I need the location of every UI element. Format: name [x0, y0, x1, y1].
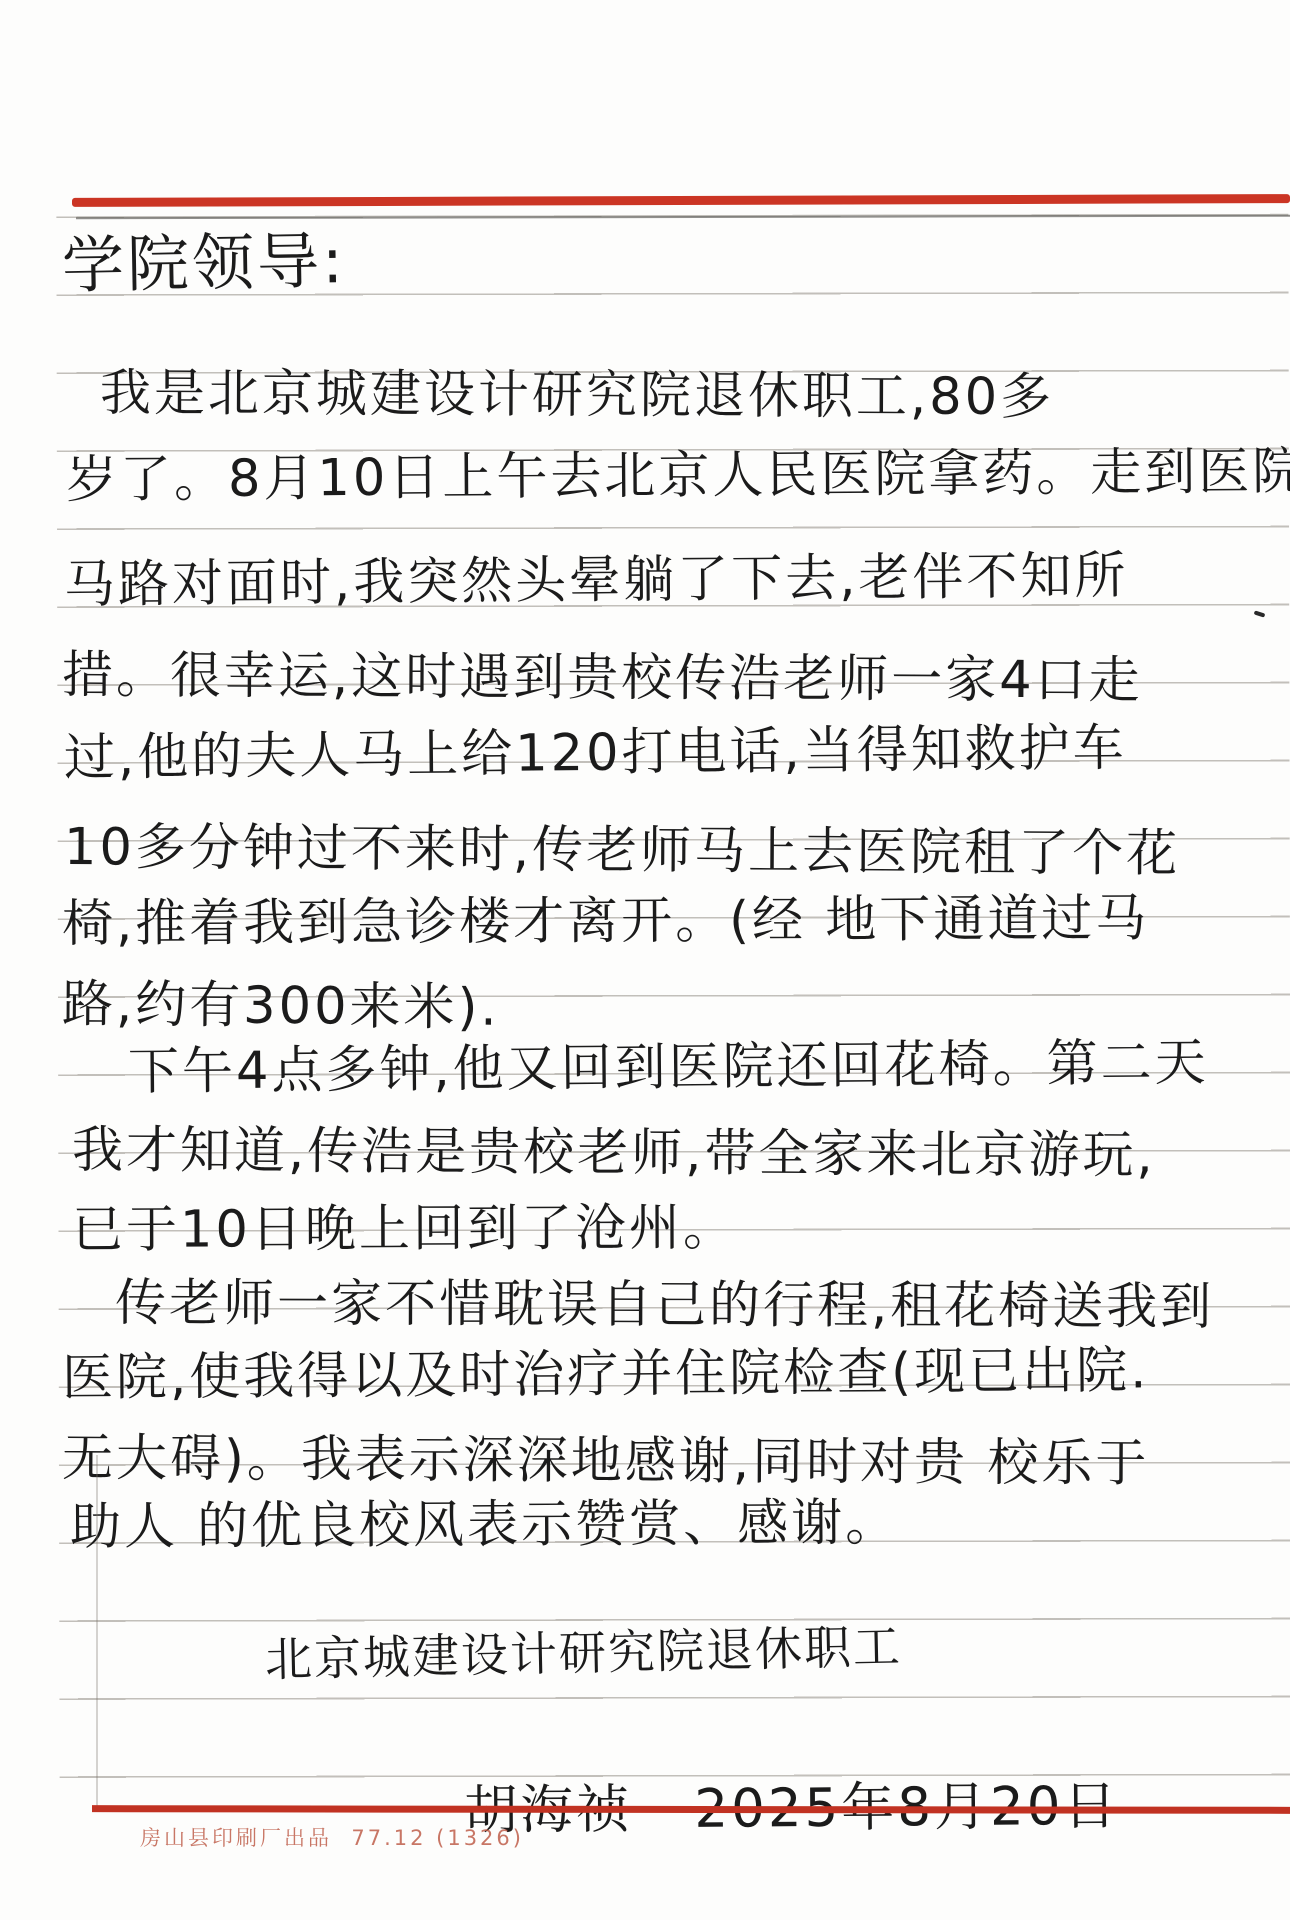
- top-black-rule: [76, 215, 1290, 220]
- letter-line: 椅,推着我到急诊楼才离开。(经 地下通道过马: [62, 893, 1150, 950]
- top-red-rule: [72, 194, 1290, 207]
- letter-line: 无大碍)。我表示深深地感谢,同时对贵 校乐于: [62, 1433, 1150, 1490]
- letter-line: 过,他的夫人马上给120打电话,当得知救护车: [64, 723, 1127, 784]
- bottom-red-rule: [92, 1805, 1290, 1814]
- printer-imprint: 房山县印刷厂出品 77.12 (1326): [140, 1822, 524, 1852]
- signature-org: 北京城建设计研究院退休职工: [265, 1624, 903, 1684]
- letter-line: 我是北京城建设计研究院退休职工,80多: [100, 368, 1054, 423]
- letter-paper: 学院领导: 我是北京城建设计研究院退休职工,80多 岁了。8月10日上午去北京人…: [0, 0, 1290, 1920]
- salutation: 学院领导:: [61, 230, 346, 297]
- letter-line: 措。很幸运,这时遇到贵校传浩老师一家4口走: [62, 650, 1143, 707]
- letter-line: 传老师一家不惜耽误自己的行程,租花椅送我到: [115, 1278, 1214, 1333]
- letter-line: 医院,使我得以及时治疗并住院检查(现已出院.: [62, 1345, 1150, 1404]
- letter-line: 马路对面时,我突然头晕躺了下去,老伴不知所: [64, 551, 1129, 611]
- margin-line: [96, 1455, 98, 1807]
- letter-line: 助人 的优良校风表示赞赏、感谢。: [70, 1498, 899, 1553]
- letter-line: 岁了。8月10日上午去北京人民医院拿药。走到医院: [66, 446, 1290, 506]
- stray-ink-mark: [1254, 610, 1266, 617]
- letter-line: 10多分钟过不来时,传老师马上去医院租了个花: [64, 822, 1180, 880]
- letter-line: 下午4点多钟,他又回到医院还回花椅。第二天: [128, 1038, 1209, 1098]
- letter-line: 已于10日晚上回到了沧州。: [72, 1203, 737, 1256]
- letter-line: 路,约有300来米).: [62, 979, 500, 1034]
- letter-line: 我才知道,传浩是贵校老师,带全家来北京游玩,: [72, 1125, 1156, 1182]
